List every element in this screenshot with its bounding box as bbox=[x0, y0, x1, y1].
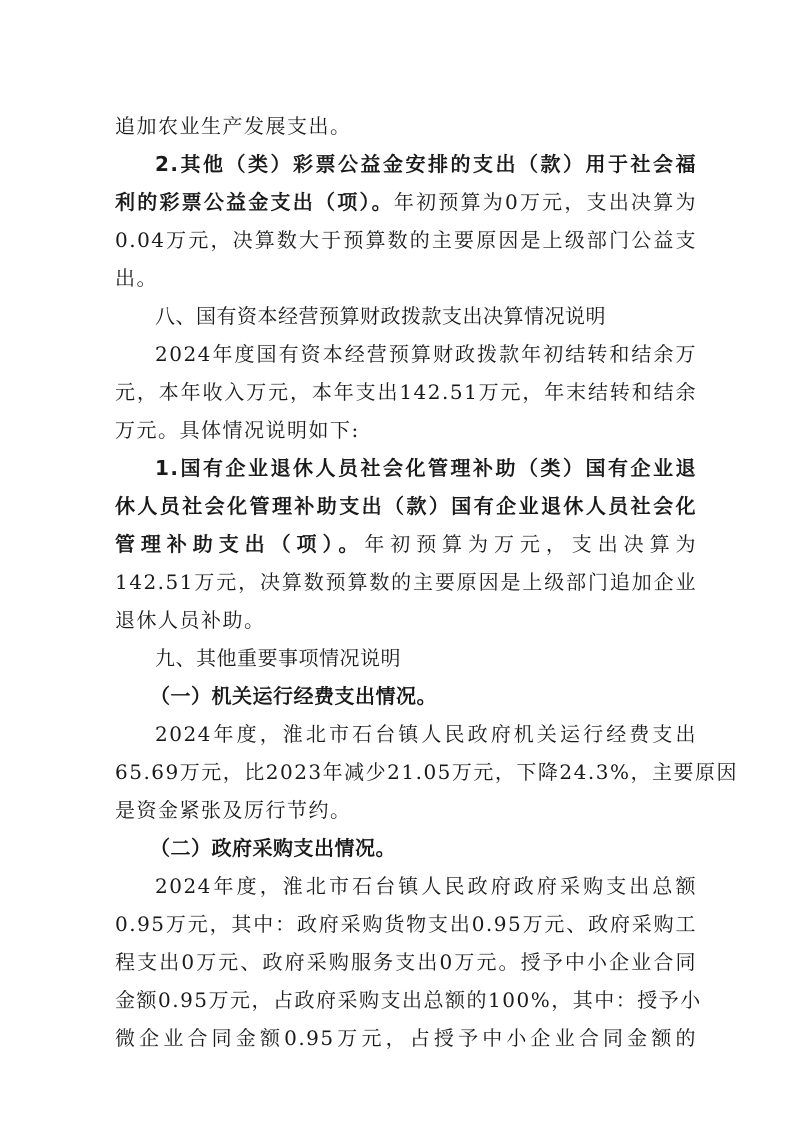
bold-text: 管理补助支出（项）。 bbox=[115, 532, 364, 556]
paragraph-line: 微企业合同金额0.95万元，占授予中小企业合同金额的 bbox=[115, 1026, 697, 1050]
body-text: 2024年度，淮北市石台镇人民政府机关运行经费支出 bbox=[155, 722, 697, 746]
paragraph-line: 142.51万元，决算数预算数的主要原因是上级部门追加企业 bbox=[115, 570, 697, 594]
paragraph-line: 程支出0万元、政府采购服务支出0万元。授予中小企业合同 bbox=[115, 950, 697, 974]
body-text: 年初预算为万元，支出决算为 bbox=[364, 532, 697, 556]
bold-text: 1.国有企业退休人员社会化管理补助（类）国有企业退 bbox=[155, 456, 697, 480]
paragraph-line: 0.04万元，决算数大于预算数的主要原因是上级部门公益支 bbox=[115, 228, 697, 252]
paragraph-line: 2024年度，淮北市石台镇人民政府政府采购支出总额 bbox=[155, 874, 697, 898]
body-text: 年初预算为0万元，支出决算为 bbox=[394, 190, 697, 214]
paragraph-line: 退休人员补助。 bbox=[115, 608, 697, 632]
paragraph-line: 元，本年收入万元，本年支出142.51万元，年末结转和结余 bbox=[115, 380, 697, 404]
paragraph-line: 2024年度国有资本经营预算财政拨款年初结转和结余万 bbox=[155, 342, 697, 366]
body-text: 2024年度国有资本经营预算财政拨款年初结转和结余万 bbox=[155, 342, 697, 366]
body-text: 是资金紧张及厉行节约。 bbox=[115, 798, 352, 822]
paragraph-line: 出。 bbox=[115, 266, 697, 290]
heading-text: 八、国有资本经营预算财政拨款支出决算情况说明 bbox=[155, 304, 606, 328]
paragraph-line: 2024年度，淮北市石台镇人民政府机关运行经费支出 bbox=[155, 722, 697, 746]
body-text: 65.69万元，比2023年减少21.05万元，下降24.3%，主要原因 bbox=[115, 760, 738, 784]
body-text: 金额0.95万元，占政府采购支出总额的100%，其中：授予小 bbox=[115, 988, 702, 1012]
bold-text: 休人员社会化管理补助支出（款）国有企业退休人员社会化 bbox=[115, 494, 697, 518]
body-text: 退休人员补助。 bbox=[115, 608, 266, 632]
paragraph-line: 追加农业生产发展支出。 bbox=[115, 114, 697, 138]
body-text: 142.51万元，决算数预算数的主要原因是上级部门追加企业 bbox=[115, 570, 697, 594]
paragraph-line: 休人员社会化管理补助支出（款）国有企业退休人员社会化 bbox=[115, 494, 697, 518]
subsection-heading-2: （二）政府采购支出情况。 bbox=[150, 836, 732, 860]
paragraph-line: 65.69万元，比2023年减少21.05万元，下降24.3%，主要原因 bbox=[115, 760, 697, 784]
body-text: 0.04万元，决算数大于预算数的主要原因是上级部门公益支 bbox=[115, 228, 697, 252]
paragraph-line: 金额0.95万元，占政府采购支出总额的100%，其中：授予小 bbox=[115, 988, 697, 1012]
body-text: 2024年度，淮北市石台镇人民政府政府采购支出总额 bbox=[155, 874, 697, 898]
body-text: 程支出0万元、政府采购服务支出0万元。授予中小企业合同 bbox=[115, 950, 697, 974]
heading-text: （二）政府采购支出情况。 bbox=[150, 836, 396, 860]
paragraph-line: 是资金紧张及厉行节约。 bbox=[115, 798, 697, 822]
body-text: 追加农业生产发展支出。 bbox=[115, 114, 352, 138]
body-text: 0.95万元，其中：政府采购货物支出0.95万元、政府采购工 bbox=[115, 912, 697, 936]
body-text: 微企业合同金额0.95万元，占授予中小企业合同金额的 bbox=[115, 1026, 697, 1050]
section-heading-8: 八、国有资本经营预算财政拨款支出决算情况说明 bbox=[155, 304, 697, 328]
section-heading-9: 九、其他重要事项情况说明 bbox=[155, 646, 697, 670]
item-heading-lottery: 2.其他（类）彩票公益金安排的支出（款）用于社会福 bbox=[155, 152, 697, 176]
body-text: 万元。具体情况说明如下: bbox=[115, 418, 360, 442]
subsection-heading-1: （一）机关运行经费支出情况。 bbox=[150, 684, 732, 708]
item-heading-soe-retirees: 1.国有企业退休人员社会化管理补助（类）国有企业退 bbox=[155, 456, 697, 480]
heading-text: 九、其他重要事项情况说明 bbox=[155, 646, 401, 670]
bold-text: 利的彩票公益金支出（项）。 bbox=[115, 190, 394, 214]
bold-text: 2.其他（类）彩票公益金安排的支出（款）用于社会福 bbox=[155, 152, 697, 176]
body-text: 元，本年收入万元，本年支出142.51万元，年末结转和结余 bbox=[115, 380, 697, 404]
paragraph-line: 万元。具体情况说明如下: bbox=[115, 418, 697, 442]
body-text: 出。 bbox=[115, 266, 158, 290]
paragraph-line: 利的彩票公益金支出（项）。年初预算为0万元，支出决算为 bbox=[115, 190, 697, 214]
heading-text: （一）机关运行经费支出情况。 bbox=[150, 684, 437, 708]
paragraph-line: 管理补助支出（项）。年初预算为万元，支出决算为 bbox=[115, 532, 697, 556]
document-page: 追加农业生产发展支出。 2.其他（类）彩票公益金安排的支出（款）用于社会福 利的… bbox=[0, 0, 793, 1122]
paragraph-line: 0.95万元，其中：政府采购货物支出0.95万元、政府采购工 bbox=[115, 912, 697, 936]
